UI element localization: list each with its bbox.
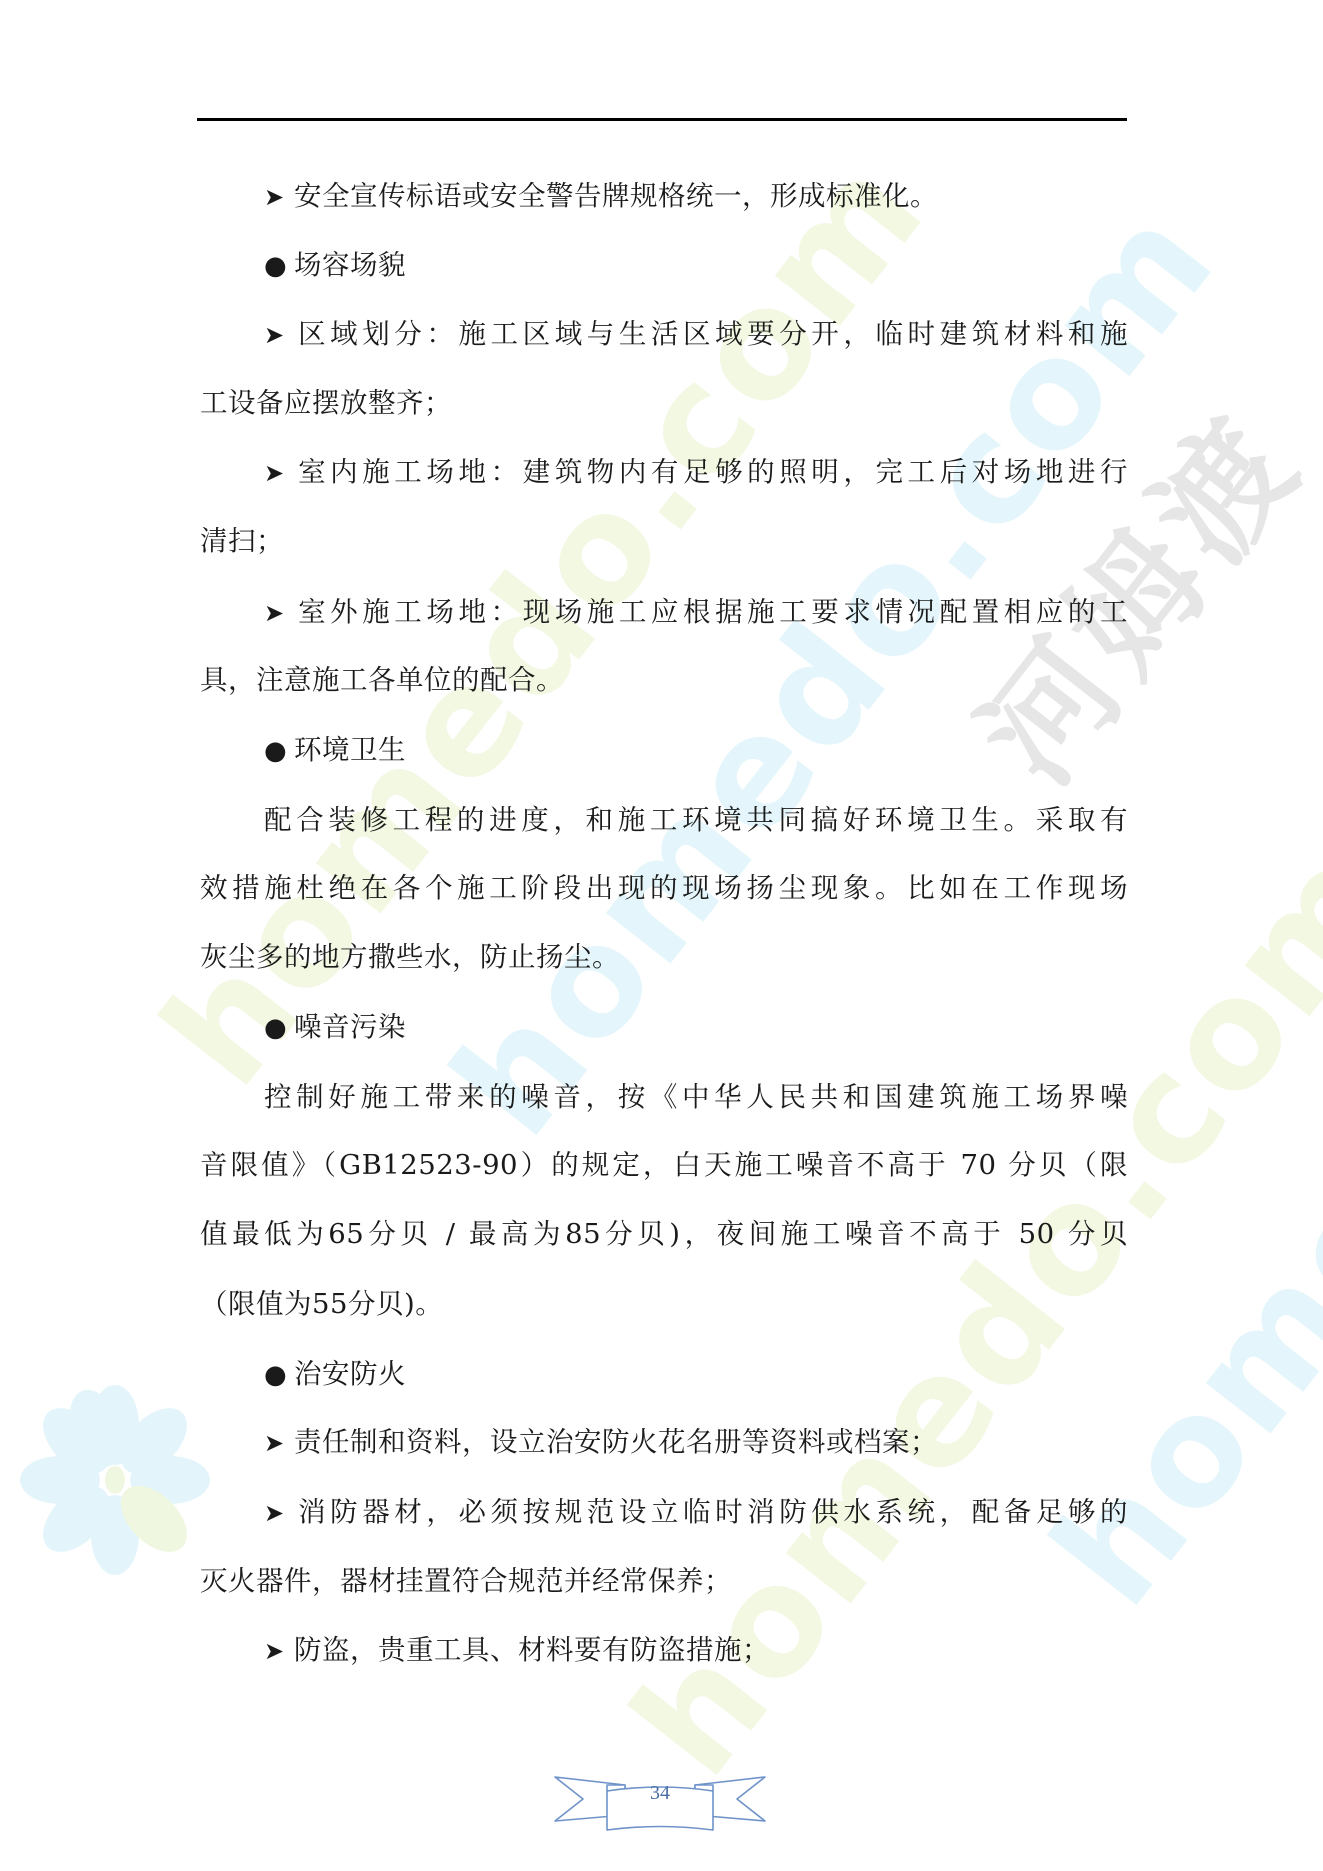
page-number-banner: 34 <box>545 1755 775 1835</box>
line-text: （限值为55分贝)。 <box>200 1288 443 1320</box>
line-text: 配合装修工程的进度，和施工环境共同搞好环境卫生。采取有 <box>264 804 1128 836</box>
paragraph-line: 清扫； <box>200 521 1128 561</box>
arrowhead-bullet-icon: ➤ <box>264 1423 294 1463</box>
arrowhead-bullet-icon: ➤ <box>264 453 294 493</box>
list-item: ➤区域划分：施工区域与生活区域要分开，临时建筑材料和施 <box>264 314 1128 354</box>
watermark-cyan-text-2: homedo.com <box>1020 645 1323 1637</box>
arrowhead-bullet-icon: ➤ <box>264 315 294 355</box>
line-text: 消防器材，必须按规范设立临时消防供水系统，配备足够的 <box>294 1496 1128 1528</box>
line-text: 室内施工场地：建筑物内有足够的照明，完工后对场地进行 <box>294 456 1128 488</box>
paragraph-line: 灰尘多的地方撒些水，防止扬尘。 <box>200 937 1128 977</box>
paragraph-line: 灭火器件，器材挂置符合规范并经常保养； <box>200 1561 1128 1601</box>
line-text: 工设备应摆放整齐； <box>200 387 452 419</box>
line-text: 清扫； <box>200 525 284 557</box>
line-text: 灭火器件，器材挂置符合规范并经常保养； <box>200 1565 732 1597</box>
paragraph-line: 配合装修工程的进度，和施工环境共同搞好环境卫生。采取有 <box>264 800 1128 840</box>
line-text: 室外施工场地：现场施工应根据施工要求情况配置相应的工 <box>294 596 1128 628</box>
bullet-dot-icon: ● <box>264 1355 294 1395</box>
arrowhead-bullet-icon: ➤ <box>264 593 294 633</box>
line-text: 值最低为65分贝 / 最高为85分贝)，夜间施工噪音不高于 50 分贝 <box>200 1218 1128 1250</box>
line-text: 责任制和资料，设立治安防火花名册等资料或档案； <box>294 1426 938 1458</box>
line-text: 音限值》（GB12523-90）的规定，白天施工噪音不高于 70 分贝（限 <box>200 1149 1128 1181</box>
page-number: 34 <box>545 1782 775 1805</box>
paragraph-line: 值最低为65分贝 / 最高为85分贝)，夜间施工噪音不高于 50 分贝 <box>200 1214 1128 1254</box>
line-text: 具，注意施工各单位的配合。 <box>200 664 564 696</box>
list-item: ➤室外施工场地：现场施工应根据施工要求情况配置相应的工 <box>264 592 1128 632</box>
bullet-dot-icon: ● <box>264 246 294 286</box>
list-item: ➤消防器材，必须按规范设立临时消防供水系统，配备足够的 <box>264 1492 1128 1532</box>
line-text: 效措施杜绝在各个施工阶段出现的现场扬尘现象。比如在工作现场 <box>200 872 1128 904</box>
line-text: 区域划分：施工区域与生活区域要分开，临时建筑材料和施 <box>294 318 1128 350</box>
list-item: ➤室内施工场地：建筑物内有足够的照明，完工后对场地进行 <box>264 452 1128 492</box>
paragraph-line: 具，注意施工各单位的配合。 <box>200 660 1128 700</box>
paragraph-line: 控制好施工带来的噪音，按《中华人民共和国建筑施工场界噪 <box>264 1077 1128 1117</box>
list-item: ➤安全宣传标语或安全警告牌规格统一，形成标准化。 <box>264 176 1128 216</box>
paragraph-line: （限值为55分贝)。 <box>200 1284 1128 1324</box>
section-heading: ●环境卫生 <box>264 730 1128 770</box>
paragraph-line: 工设备应摆放整齐； <box>200 383 1128 423</box>
line-text: 安全宣传标语或安全警告牌规格统一，形成标准化。 <box>294 180 938 212</box>
line-text: 场容场貌 <box>294 249 406 281</box>
bullet-dot-icon: ● <box>264 1008 294 1048</box>
watermark-flower-icon <box>15 1380 215 1580</box>
arrowhead-bullet-icon: ➤ <box>264 1631 294 1671</box>
paragraph-line: 效措施杜绝在各个施工阶段出现的现场扬尘现象。比如在工作现场 <box>200 868 1128 908</box>
list-item: ➤责任制和资料，设立治安防火花名册等资料或档案； <box>264 1422 1128 1462</box>
line-text: 噪音污染 <box>294 1011 406 1043</box>
line-text: 控制好施工带来的噪音，按《中华人民共和国建筑施工场界噪 <box>264 1081 1128 1113</box>
arrowhead-bullet-icon: ➤ <box>264 177 294 217</box>
list-item: ➤防盗，贵重工具、材料要有防盗措施； <box>264 1630 1128 1670</box>
paragraph-line: 音限值》（GB12523-90）的规定，白天施工噪音不高于 70 分贝（限 <box>200 1145 1128 1185</box>
line-text: 防盗，贵重工具、材料要有防盗措施； <box>294 1634 770 1666</box>
header-rule <box>197 118 1127 121</box>
line-text: 治安防火 <box>294 1358 406 1390</box>
section-heading: ●治安防火 <box>264 1354 1128 1394</box>
line-text: 灰尘多的地方撒些水，防止扬尘。 <box>200 941 620 973</box>
bullet-dot-icon: ● <box>264 731 294 771</box>
arrowhead-bullet-icon: ➤ <box>264 1493 294 1533</box>
section-heading: ●场容场貌 <box>264 245 1128 285</box>
section-heading: ●噪音污染 <box>264 1007 1128 1047</box>
line-text: 环境卫生 <box>294 734 406 766</box>
